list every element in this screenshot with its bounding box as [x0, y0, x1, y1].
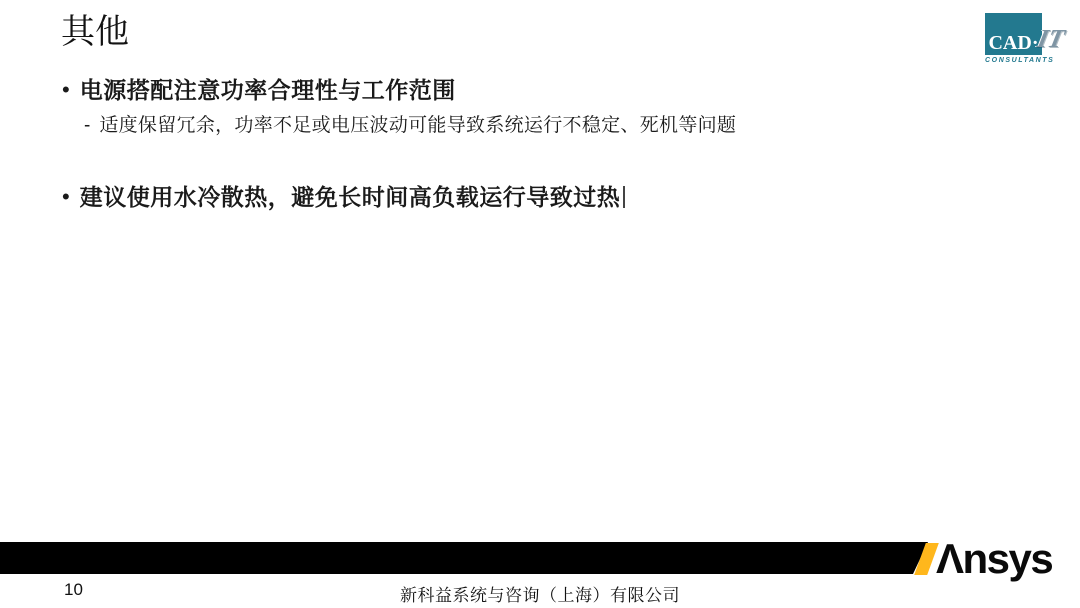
bullet-text-1: 电源搭配注意功率合理性与工作范围 — [80, 75, 456, 105]
ansys-logo: Λnsys — [920, 542, 1052, 578]
presentation-slide: 其他 CAD· IT CONSULTANTS • 电源搭配注意功率合理性与工作范… — [0, 0, 1080, 608]
bullet-icon: • — [62, 75, 70, 105]
company-name: 新科益系统与咨询（上海）有限公司 — [0, 581, 1080, 606]
bullet-icon: • — [62, 182, 70, 212]
footer-bar — [0, 542, 928, 574]
text-cursor — [623, 186, 625, 208]
page-title: 其他 — [61, 10, 129, 54]
sub-bullet-item-1: - 适度保留冗余，功率不足或电压波动可能导致系统运行不稳定、死机等问题 — [84, 113, 736, 139]
bullet-text-2: 建议使用水冷散热，避免长时间高负载运行导致过热 — [80, 182, 626, 212]
ansys-rest: nsys — [963, 535, 1053, 582]
bullet-item-1: • 电源搭配注意功率合理性与工作范围 — [62, 75, 456, 105]
ansys-logo-text: Λnsys — [936, 542, 1052, 575]
cadit-logo-tagline: CONSULTANTS — [985, 57, 1054, 64]
cadit-logo-box: CAD· — [985, 13, 1042, 55]
bullet-item-2: • 建议使用水冷散热，避免长时间高负载运行导致过热 — [62, 182, 625, 212]
dash-icon: - — [84, 113, 90, 139]
ansys-lambda: Λ — [936, 535, 963, 582]
cadit-logo-text: CAD — [988, 33, 1031, 54]
bullet-text-2-content: 建议使用水冷散热，避免长时间高负载运行导致过热 — [80, 184, 621, 210]
sub-bullet-text-1: 适度保留冗余，功率不足或电压波动可能导致系统运行不稳定、死机等问题 — [99, 113, 736, 139]
cadit-logo-it: IT — [1035, 26, 1067, 52]
cadit-logo: CAD· IT CONSULTANTS — [985, 13, 1075, 68]
